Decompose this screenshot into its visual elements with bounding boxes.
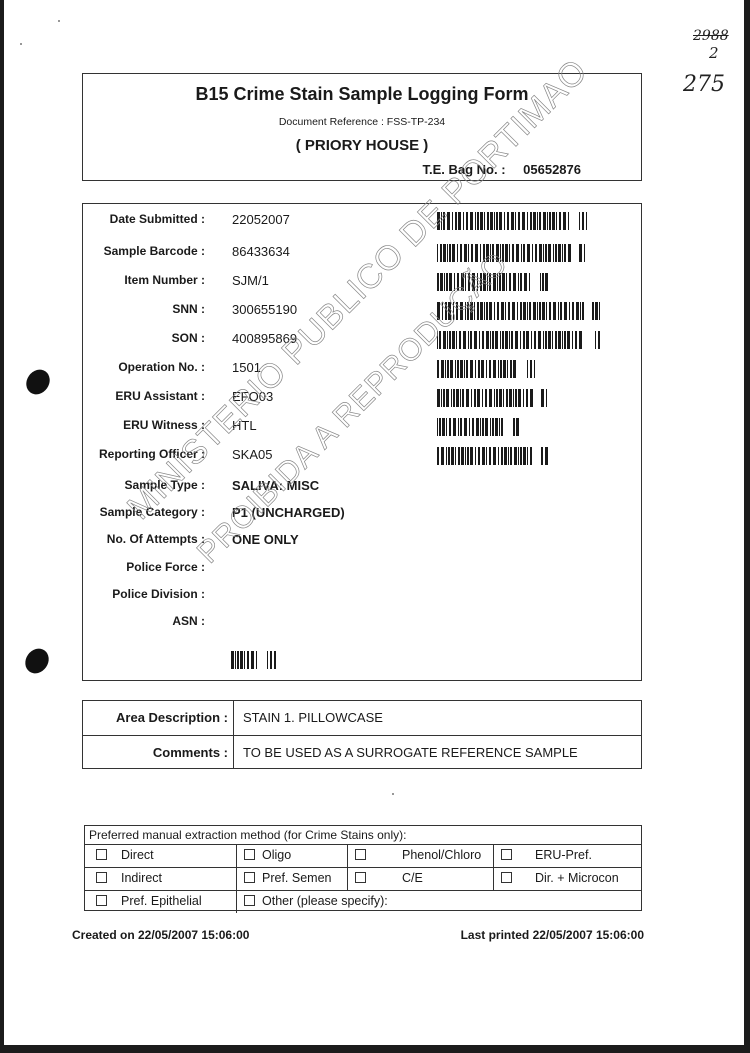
field-row: Date Submitted :22052007: [83, 212, 641, 232]
cell-divider: [236, 891, 237, 913]
scan-speck: [58, 20, 60, 22]
te-bag-value: 05652876: [523, 162, 581, 177]
handwritten-mark: 2: [709, 44, 719, 62]
field-row: Item Number :SJM/1: [83, 273, 641, 293]
cell-divider: [347, 868, 348, 890]
extraction-option-label: ERU-Pref.: [535, 848, 592, 862]
checkbox[interactable]: [96, 849, 107, 860]
checkbox[interactable]: [96, 895, 107, 906]
barcode-icon: [437, 360, 535, 378]
field-row: Sample Type :SALIVA: MISC: [83, 478, 641, 498]
field-value: SALIVA: MISC: [232, 478, 319, 493]
checkbox[interactable]: [96, 872, 107, 883]
field-value: HTL: [232, 418, 257, 433]
area-comments-table: Area Description : STAIN 1. PILLOWCASE C…: [82, 700, 642, 769]
barcode-icon: [437, 302, 601, 320]
area-description-label: Area Description :: [116, 710, 228, 725]
field-label: Item Number :: [124, 273, 205, 287]
document-reference: Document Reference : FSS-TP-234: [83, 116, 641, 128]
scan-edge-right: [744, 0, 750, 1053]
field-value: 1501: [232, 360, 261, 375]
field-row: ERU Witness :HTL: [83, 418, 641, 438]
extraction-option-label: Pref. Epithelial: [121, 894, 202, 908]
field-value: P1 (UNCHARGED): [232, 505, 345, 520]
created-timestamp: Created on 22/05/2007 15:06:00: [72, 928, 249, 942]
te-bag-label: T.E. Bag No. :: [422, 162, 505, 177]
field-row: ERU Assistant :EFO03: [83, 389, 641, 409]
field-value: EFO03: [232, 389, 273, 404]
field-value: 300655190: [232, 302, 297, 317]
te-bag-number: T.E. Bag No. : 05652876: [422, 162, 581, 177]
comments-row: Comments : TO BE USED AS A SURROGATE REF…: [83, 735, 641, 770]
barcode-icon: [437, 389, 549, 407]
field-value: 400895869: [232, 331, 297, 346]
extraction-option-label: Other (please specify):: [262, 894, 388, 908]
field-row: SNN :300655190: [83, 302, 641, 322]
form-title: B15 Crime Stain Sample Logging Form: [83, 84, 641, 105]
extraction-method-table: Preferred manual extraction method (for …: [84, 825, 642, 911]
checkbox[interactable]: [244, 872, 255, 883]
barcode-icon: [437, 447, 549, 465]
field-value: 22052007: [232, 212, 290, 227]
field-row: Operation No. :1501: [83, 360, 641, 380]
punch-hole-icon: [21, 644, 54, 678]
field-label: SNN :: [172, 302, 205, 316]
field-label: No. Of Attempts :: [107, 532, 205, 546]
cell-divider: [493, 868, 494, 890]
asn-barcode-icon: [231, 651, 276, 669]
extraction-option-label: Indirect: [121, 871, 162, 885]
extraction-option-label: Pref. Semen: [262, 871, 331, 885]
scan-speck: [392, 793, 394, 795]
comments-value: TO BE USED AS A SURROGATE REFERENCE SAMP…: [243, 745, 578, 760]
extraction-row: IndirectPref. SemenC/EDir. + Microcon: [85, 867, 641, 890]
extraction-option-label: Direct: [121, 848, 154, 862]
barcode-icon: [437, 331, 601, 349]
area-description-row: Area Description : STAIN 1. PILLOWCASE: [83, 701, 641, 735]
field-row: Reporting Officer :SKA05: [83, 447, 641, 467]
barcode-icon: [437, 418, 521, 436]
field-value: SJM/1: [232, 273, 269, 288]
barcode-icon: [437, 273, 549, 291]
sample-details-panel: Date Submitted :22052007Sample Barcode :…: [82, 203, 642, 681]
comments-label: Comments :: [153, 745, 228, 760]
extraction-row: DirectOligoPhenol/ChloroERU-Pref.: [85, 844, 641, 867]
extraction-row: Pref. EpithelialOther (please specify):: [85, 890, 641, 913]
field-row: ASN :: [83, 614, 641, 634]
checkbox[interactable]: [244, 895, 255, 906]
scan-speck: [20, 43, 22, 45]
location-name: ( PRIORY HOUSE ): [83, 137, 641, 154]
field-label: Sample Barcode :: [104, 244, 205, 258]
field-label: Sample Type :: [125, 478, 205, 492]
handwritten-struck-number: 2988: [693, 28, 729, 44]
handwritten-page-number: 275: [683, 72, 725, 97]
field-label: ASN :: [172, 614, 205, 628]
punch-hole-icon: [22, 365, 55, 399]
extraction-option-label: C/E: [402, 871, 423, 885]
cell-divider: [347, 845, 348, 867]
checkbox[interactable]: [355, 872, 366, 883]
cell-divider: [493, 845, 494, 867]
field-row: Sample Category :P1 (UNCHARGED): [83, 505, 641, 525]
barcode-icon: [437, 212, 587, 230]
field-row: Police Division :: [83, 587, 641, 607]
scan-edge-bottom: [0, 1045, 750, 1053]
field-value: ONE ONLY: [232, 532, 299, 547]
form-header: B15 Crime Stain Sample Logging Form Docu…: [82, 73, 642, 181]
field-row: Sample Barcode :86433634: [83, 244, 641, 264]
field-label: Reporting Officer :: [99, 447, 205, 461]
field-label: Operation No. :: [118, 360, 205, 374]
field-label: SON :: [172, 331, 205, 345]
checkbox[interactable]: [355, 849, 366, 860]
area-description-value: STAIN 1. PILLOWCASE: [243, 710, 383, 725]
checkbox[interactable]: [501, 872, 512, 883]
field-row: No. Of Attempts :ONE ONLY: [83, 532, 641, 552]
field-value: 86433634: [232, 244, 290, 259]
field-value: SKA05: [232, 447, 272, 462]
field-label: Date Submitted :: [110, 212, 205, 226]
field-label: Police Division :: [112, 587, 205, 601]
cell-divider: [236, 868, 237, 890]
field-label: ERU Witness :: [123, 418, 205, 432]
extraction-option-label: Oligo: [262, 848, 291, 862]
extraction-option-label: Phenol/Chloro: [402, 848, 481, 862]
field-row: Police Force :: [83, 560, 641, 580]
barcode-icon: [437, 244, 587, 262]
field-label: ERU Assistant :: [115, 389, 205, 403]
field-label: Police Force :: [126, 560, 205, 574]
scan-edge-left: [0, 0, 4, 1053]
field-label: Sample Category :: [100, 505, 205, 519]
cell-divider: [236, 845, 237, 867]
field-row: SON :400895869: [83, 331, 641, 351]
checkbox[interactable]: [244, 849, 255, 860]
extraction-method-heading: Preferred manual extraction method (for …: [89, 828, 406, 842]
extraction-option-label: Dir. + Microcon: [535, 871, 619, 885]
checkbox[interactable]: [501, 849, 512, 860]
last-printed-timestamp: Last printed 22/05/2007 15:06:00: [461, 928, 644, 942]
